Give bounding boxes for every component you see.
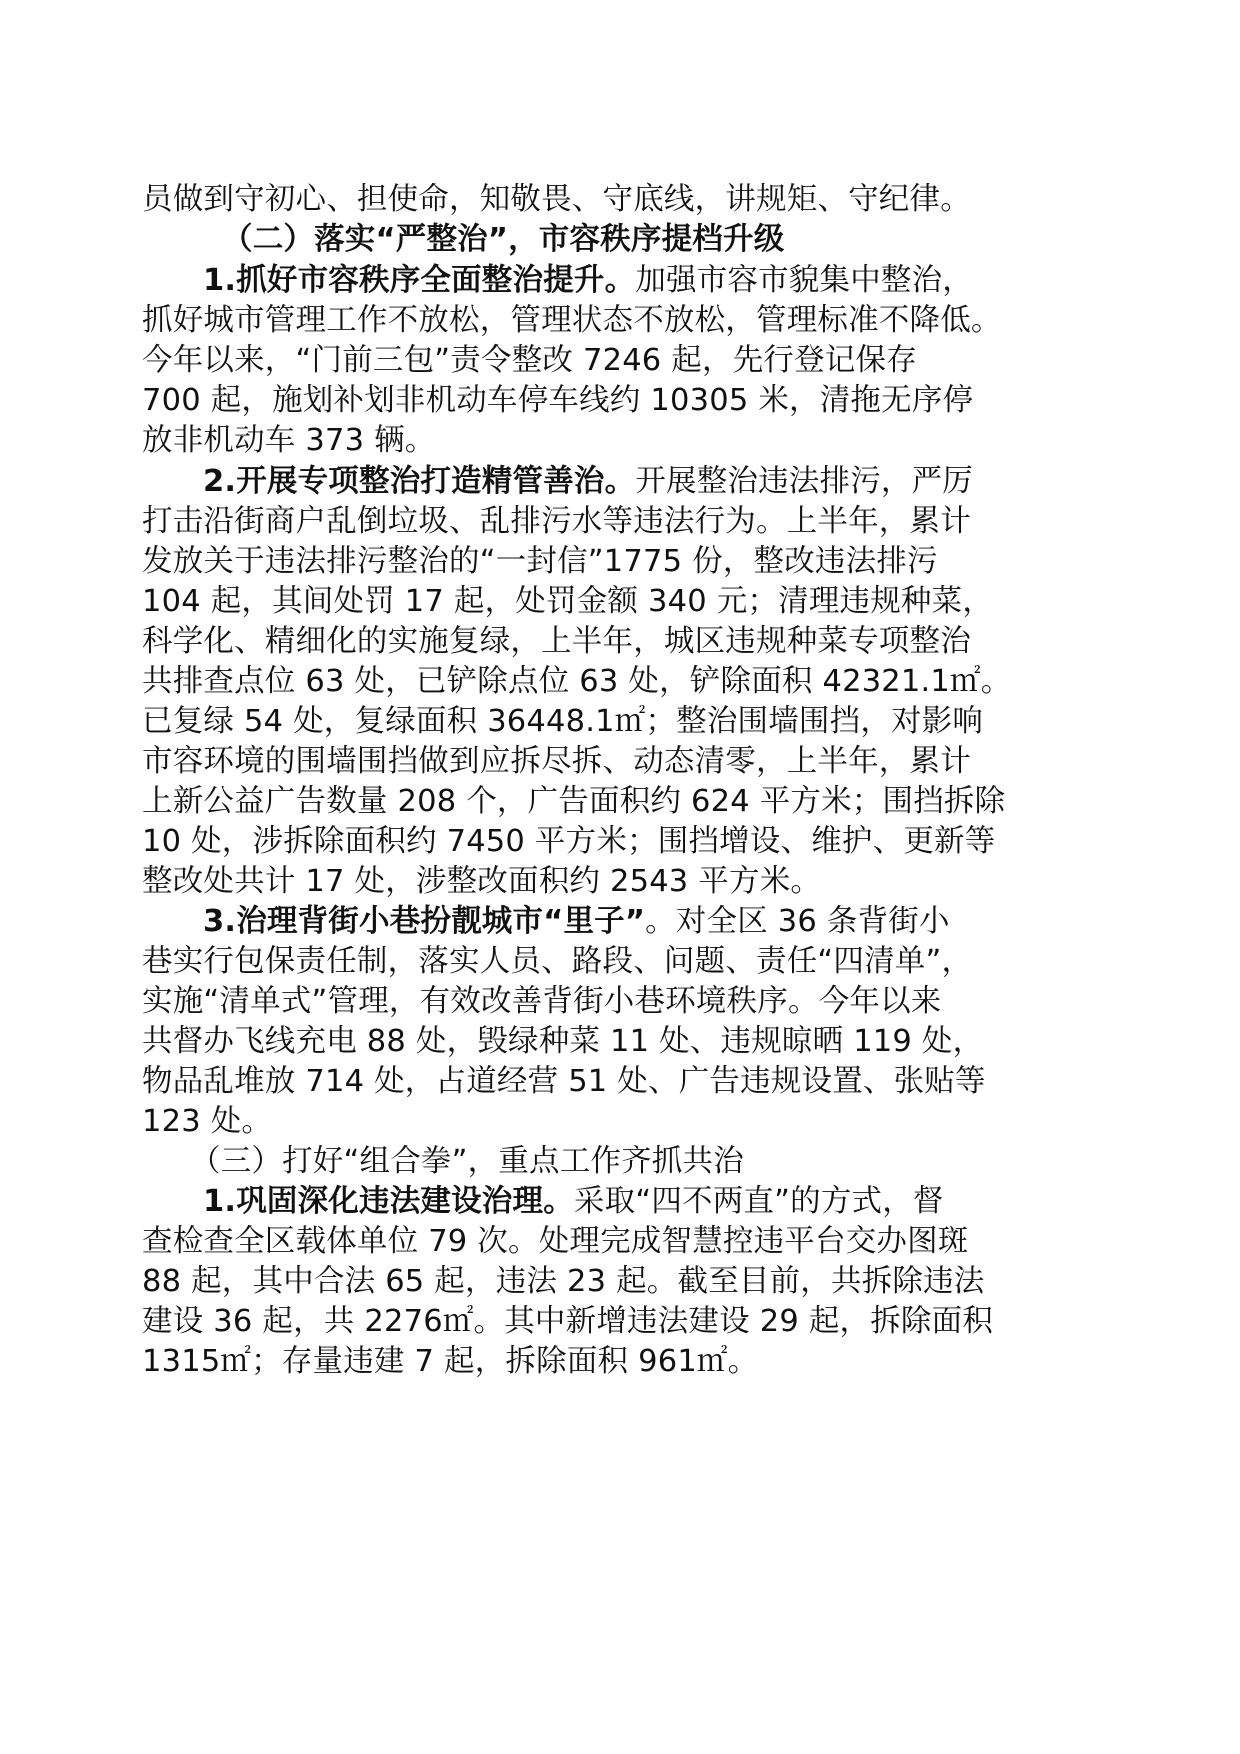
item-1-2: 2.开展专项整治打造精管善治。开展整治违法排污，严厉: [203, 462, 973, 502]
body-line: 上新公益广告数量 208 个，广告面积约 624 平方米；围挡拆除: [142, 782, 1005, 822]
body-line: 整改处共计 17 处，涉整改面积约 2543 平方米。: [142, 862, 821, 902]
body-line: 查检查全区载体单位 79 次。处理完成智慧控违平台交办图斑: [142, 1222, 969, 1262]
item-text: 采取“四不两直”的方式，督: [574, 1184, 944, 1219]
line-text: 物品乱堆放 714 处，占道经营 51 处、广告违规设置、张贴等: [142, 1064, 986, 1099]
body-line: 共排查点位 63 处，已铲除点位 63 处，铲除面积 42321.1㎡。: [142, 662, 1011, 702]
line-text: 已复绿 54 处，复绿面积 36448.1㎡；整治围墙围挡，对影响: [142, 704, 983, 739]
body-line: 共督办飞线充电 88 处，毁绿种菜 11 处、违规晾晒 119 处，: [142, 1022, 983, 1062]
line-text: 10 处，涉拆除面积约 7450 平方米；围挡增设、维护、更新等: [142, 824, 995, 859]
line-text: 上新公益广告数量 208 个，广告面积约 624 平方米；围挡拆除: [142, 784, 1005, 819]
body-line: 700 起，施划补划非机动车停车线约 10305 米，清拖无序停: [142, 381, 973, 421]
heading-text: （三）打好“组合拳”，重点工作齐抓共治: [190, 1144, 744, 1179]
body-line: 员做到守初心、担使命，知敬畏、守底线，讲规矩、守纪律。: [142, 180, 971, 220]
body-line: 今年以来，“门前三包”责令整改 7246 起，先行登记保存: [142, 341, 917, 381]
body-line: 科学化、精细化的实施复绿，上半年，城区违规种菜专项整治: [142, 622, 971, 662]
body-line: 放非机动车 373 辆。: [142, 421, 436, 461]
body-line: 巷实行包保责任制，落实人员、路段、问题、责任“四清单”，: [142, 942, 972, 982]
line-text: 88 起，其中合法 65 起，违法 23 起。截至目前，共拆除违法: [142, 1264, 985, 1299]
body-line: 实施“清单式”管理，有效改善背街小巷环境秩序。今年以来: [142, 982, 942, 1022]
body-line: 123 处。: [142, 1102, 272, 1142]
line-text: 1315㎡；存量违建 7 起，拆除面积 961㎡。: [142, 1344, 758, 1379]
line-text: 查检查全区载体单位 79 次。处理完成智慧控违平台交办图斑: [142, 1224, 969, 1259]
body-line: 104 起，其间处罚 17 起，处罚金额 340 元；清理违规种菜，: [142, 582, 993, 622]
line-text: 抓好城市管理工作不放松，管理状态不放松，管理标准不降低。: [142, 303, 1002, 338]
body-line: 建设 36 起，共 2276㎡。其中新增违法建设 29 起，拆除面积: [142, 1302, 993, 1342]
item-text: 加强市容市貌集中整治，: [635, 263, 973, 298]
item-text: 开展整治违法排污，严厉: [635, 464, 973, 499]
line-text: 建设 36 起，共 2276㎡。其中新增违法建设 29 起，拆除面积: [142, 1304, 993, 1339]
line-text: 员做到守初心、担使命，知敬畏、守底线，讲规矩、守纪律。: [142, 182, 971, 217]
line-text: 放非机动车 373 辆。: [142, 423, 436, 458]
body-line: 抓好城市管理工作不放松，管理状态不放松，管理标准不降低。: [142, 301, 1002, 341]
item-text: 。对全区 36 条背街小: [645, 904, 950, 939]
item-1-1: 1.抓好市容秩序全面整治提升。加强市容市貌集中整治，: [203, 261, 973, 301]
line-text: 123 处。: [142, 1104, 272, 1139]
line-text: 共督办飞线充电 88 处，毁绿种菜 11 处、违规晾晒 119 处，: [142, 1024, 983, 1059]
line-text: 共排查点位 63 处，已铲除点位 63 处，铲除面积 42321.1㎡。: [142, 664, 1011, 699]
line-text: 打击沿街商户乱倒垃圾、乱排污水等违法行为。上半年，累计: [142, 504, 971, 539]
item-title: 1.抓好市容秩序全面整治提升。: [203, 263, 635, 298]
document-page: 员做到守初心、担使命，知敬畏、守底线，讲规矩、守纪律。 （二）落实“严整治”，市…: [0, 0, 1240, 1754]
body-line: 1315㎡；存量违建 7 起，拆除面积 961㎡。: [142, 1342, 758, 1382]
line-text: 104 起，其间处罚 17 起，处罚金额 340 元；清理违规种菜，: [142, 584, 993, 619]
item-title: 3.治理背街小巷扮靓城市“里子”: [203, 904, 645, 939]
item-title: 2.开展专项整治打造精管善治。: [203, 464, 635, 499]
item-2-1: 1.巩固深化违法建设治理。采取“四不两直”的方式，督: [203, 1182, 944, 1222]
body-line: 88 起，其中合法 65 起，违法 23 起。截至目前，共拆除违法: [142, 1262, 985, 1302]
line-text: 700 起，施划补划非机动车停车线约 10305 米，清拖无序停: [142, 383, 973, 418]
line-text: 实施“清单式”管理，有效改善背街小巷环境秩序。今年以来: [142, 984, 942, 1019]
line-text: 发放关于违法排污整治的“一封信”1775 份，整改违法排污: [142, 544, 938, 579]
body-line: 物品乱堆放 714 处，占道经营 51 处、广告违规设置、张贴等: [142, 1062, 986, 1102]
line-text: 科学化、精细化的实施复绿，上半年，城区违规种菜专项整治: [142, 624, 971, 659]
section-heading-3: （三）打好“组合拳”，重点工作齐抓共治: [190, 1142, 744, 1182]
item-1-3: 3.治理背街小巷扮靓城市“里子”。对全区 36 条背街小: [203, 902, 950, 942]
heading-text: （二）落实“严整治”，市容秩序提档升级: [222, 222, 784, 257]
body-line: 10 处，涉拆除面积约 7450 平方米；围挡增设、维护、更新等: [142, 822, 995, 862]
item-title: 1.巩固深化违法建设治理。: [203, 1184, 574, 1219]
body-line: 已复绿 54 处，复绿面积 36448.1㎡；整治围墙围挡，对影响: [142, 702, 983, 742]
body-line: 打击沿街商户乱倒垃圾、乱排污水等违法行为。上半年，累计: [142, 502, 971, 542]
section-heading-2: （二）落实“严整治”，市容秩序提档升级: [222, 220, 784, 260]
body-line: 市容环境的围墙围挡做到应拆尽拆、动态清零，上半年，累计: [142, 742, 971, 782]
line-text: 整改处共计 17 处，涉整改面积约 2543 平方米。: [142, 864, 821, 899]
line-text: 今年以来，“门前三包”责令整改 7246 起，先行登记保存: [142, 343, 917, 378]
line-text: 巷实行包保责任制，落实人员、路段、问题、责任“四清单”，: [142, 944, 972, 979]
body-line: 发放关于违法排污整治的“一封信”1775 份，整改违法排污: [142, 542, 938, 582]
line-text: 市容环境的围墙围挡做到应拆尽拆、动态清零，上半年，累计: [142, 744, 971, 779]
